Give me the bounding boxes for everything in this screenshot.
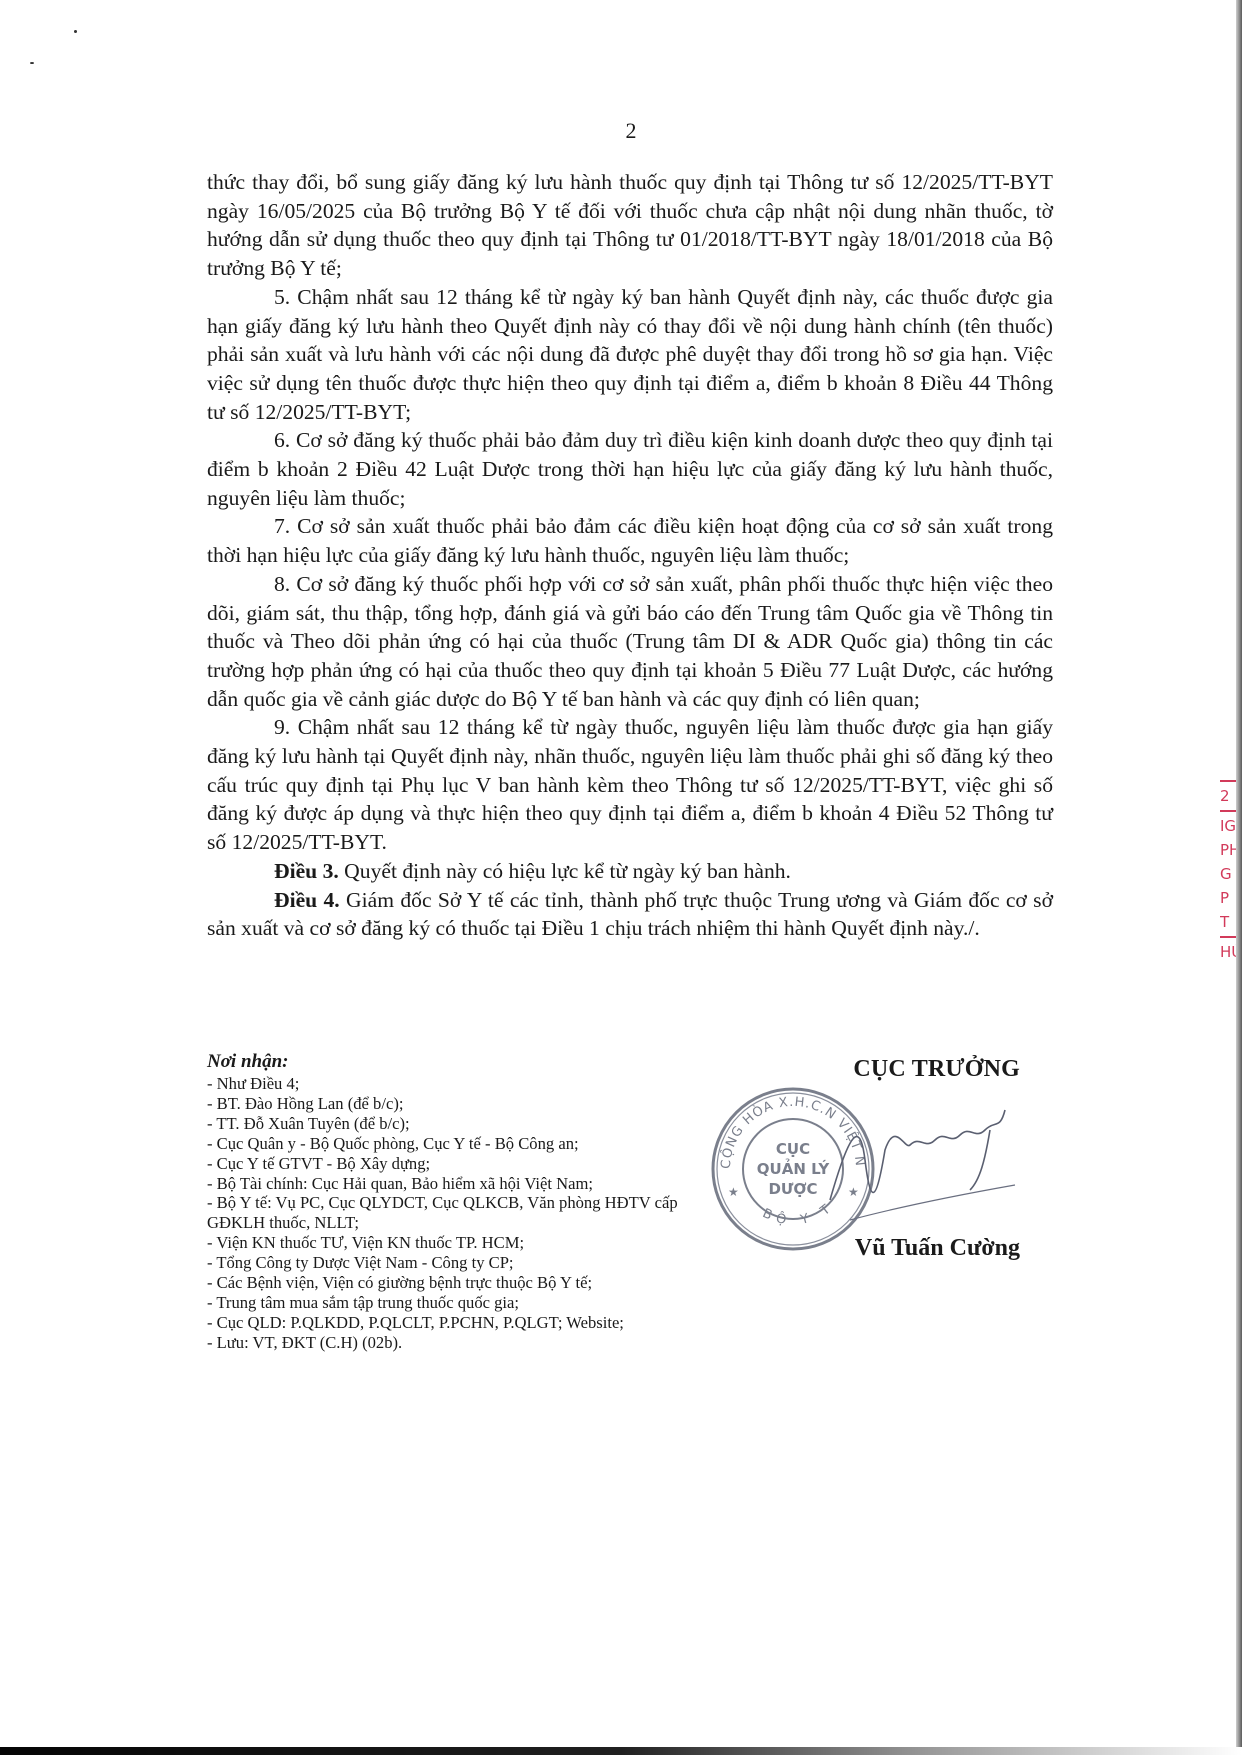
scan-bottom-edge (0, 1747, 1242, 1755)
signer-name: Vũ Tuấn Cường (855, 1235, 1020, 1262)
article-3-label: Điều 3. (274, 859, 339, 883)
signature-block: CỤC TRƯỞNG CỘNG HÒA X.H.C.N VIỆT NAM BỘ … (700, 1050, 1030, 1280)
article-4-label: Điều 4. (274, 888, 340, 912)
paragraph-item-5: 5. Chậm nhất sau 12 tháng kể từ ngày ký … (207, 283, 1053, 427)
recipients-heading: Nơi nhận: (207, 1050, 707, 1074)
recipient-item: - Viện KN thuốc TƯ, Viện KN thuốc TP. HC… (207, 1233, 707, 1253)
recipient-item: - Trung tâm mua sắm tập trung thuốc quốc… (207, 1293, 707, 1313)
article-4: Điều 4. Giám đốc Sở Y tế các tỉnh, thành… (207, 886, 1053, 943)
recipient-item: - Lưu: VT, ĐKT (C.H) (02b). (207, 1333, 707, 1353)
page-number: 2 (0, 118, 1242, 144)
recipients-block: Nơi nhận: - Như Điều 4;- BT. Đào Hồng La… (207, 1050, 707, 1353)
recipient-item: - Cục Quân y - Bộ Quốc phòng, Cục Y tế -… (207, 1134, 707, 1154)
recipient-item: - Như Điều 4; (207, 1074, 707, 1094)
paragraph-item-8: 8. Cơ sở đăng ký thuốc phối hợp với cơ s… (207, 570, 1053, 714)
scan-speck (30, 62, 34, 64)
paragraph-item-6: 6. Cơ sở đăng ký thuốc phải bảo đảm duy … (207, 426, 1053, 512)
recipient-item: - Tổng Công ty Dược Việt Nam - Công ty C… (207, 1253, 707, 1273)
recipient-item: - Cục QLD: P.QLKDD, P.QLCLT, P.PCHN, P.Q… (207, 1313, 707, 1333)
recipient-item: - Cục Y tế GTVT - Bộ Xây dựng; (207, 1154, 707, 1174)
handwritten-signature (790, 1090, 1020, 1240)
recipient-item: - Bộ Tài chính: Cục Hải quan, Bảo hiểm x… (207, 1174, 707, 1194)
recipient-item: - Các Bệnh viện, Viện có giường bệnh trự… (207, 1273, 707, 1293)
scan-edge-shadow (1236, 0, 1242, 1755)
paragraph-item-7: 7. Cơ sở sản xuất thuốc phải bảo đảm các… (207, 512, 1053, 569)
svg-text:★: ★ (728, 1185, 739, 1199)
recipient-item: - BT. Đào Hồng Lan (để b/c); (207, 1094, 707, 1114)
signer-title: CỤC TRƯỞNG (853, 1056, 1020, 1083)
recipient-item: - Bộ Y tế: Vụ PC, Cục QLYDCT, Cục QLKCB,… (207, 1193, 707, 1233)
scan-speck (74, 30, 77, 33)
recipient-item: - TT. Đỗ Xuân Tuyên (để b/c); (207, 1114, 707, 1134)
article-3: Điều 3. Quyết định này có hiệu lực kể từ… (207, 857, 1053, 886)
article-3-text: Quyết định này có hiệu lực kể từ ngày ký… (339, 859, 791, 883)
paragraph-item-9: 9. Chậm nhất sau 12 tháng kể từ ngày thu… (207, 713, 1053, 857)
paragraph-continuation: thức thay đổi, bổ sung giấy đăng ký lưu … (207, 168, 1053, 283)
document-body: thức thay đổi, bổ sung giấy đăng ký lưu … (207, 168, 1053, 943)
recipients-list: - Như Điều 4;- BT. Đào Hồng Lan (để b/c)… (207, 1074, 707, 1353)
